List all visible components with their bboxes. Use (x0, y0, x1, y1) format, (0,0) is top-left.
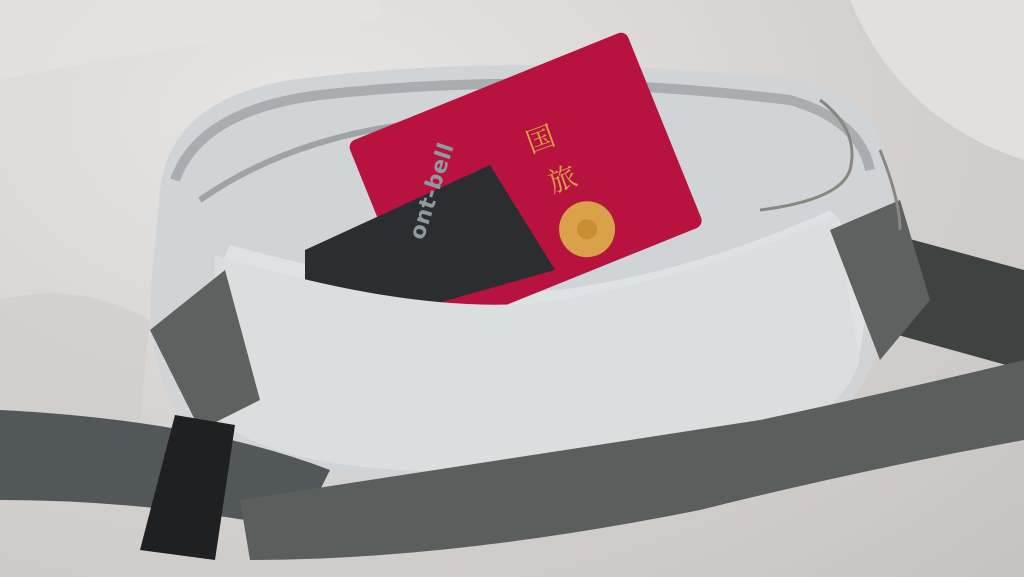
bag-illustration (0, 0, 1024, 577)
photo-scene: 国 旅 ont-bell (0, 0, 1024, 577)
